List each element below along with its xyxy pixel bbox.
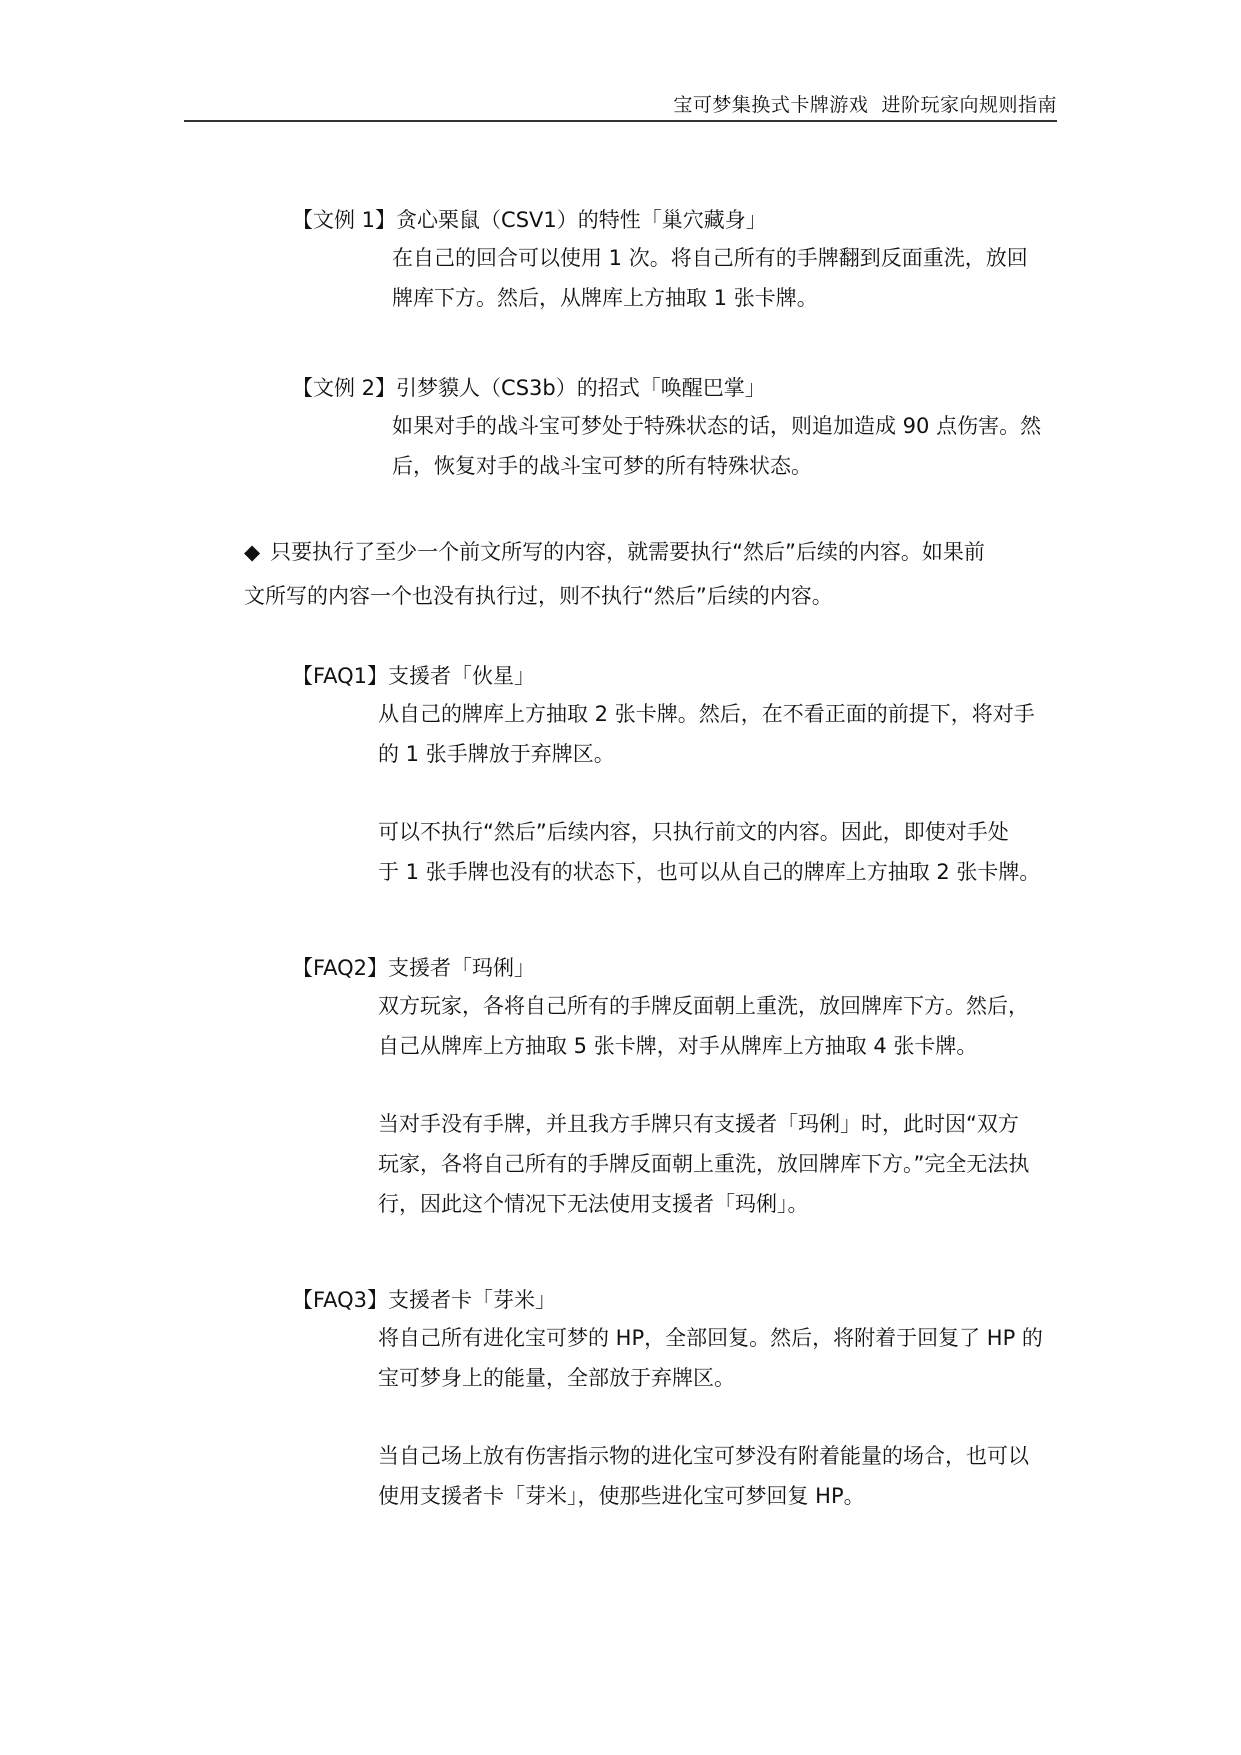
- diamond-bullet-icon: ◆: [244, 540, 260, 564]
- faq-3-card-text: 将自己所有进化宝可梦的 HP，全部回复。然后，将附着于回复了 HP 的 宝可梦身…: [378, 1318, 1043, 1398]
- text-line: 牌库下方。然后，从牌库上方抽取 1 张卡牌。: [392, 278, 1028, 318]
- text-line: 自己从牌库上方抽取 5 张卡牌，对手从牌库上方抽取 4 张卡牌。: [378, 1026, 1029, 1066]
- faq-label: 【FAQ2】: [292, 956, 388, 980]
- text-line: 如果对手的战斗宝可梦处于特殊状态的话，则追加造成 90 点伤害。然: [392, 406, 1041, 446]
- text-line: 当自己场上放有伤害指示物的进化宝可梦没有附着能量的场合，也可以: [378, 1436, 1029, 1476]
- faq-2-card-text: 双方玩家，各将自己所有的手牌反面朝上重洗，放回牌库下方。然后， 自己从牌库上方抽…: [378, 986, 1029, 1066]
- document-title: 宝可梦集换式卡牌游戏 进阶玩家向规则指南: [673, 90, 1057, 117]
- faq-title: 支援者「玛俐」: [388, 956, 535, 980]
- example-1-text: 在自己的回合可以使用 1 次。将自己所有的手牌翻到反面重洗，放回 牌库下方。然后…: [392, 238, 1028, 318]
- faq-3-answer: 当自己场上放有伤害指示物的进化宝可梦没有附着能量的场合，也可以 使用支援者卡「芽…: [378, 1436, 1029, 1516]
- example-label: 【文例 2】: [292, 376, 396, 400]
- faq-1-heading: 【FAQ1】支援者「伙星」: [292, 660, 535, 690]
- text-line: 后，恢复对手的战斗宝可梦的所有特殊状态。: [392, 446, 1041, 486]
- text-line: 宝可梦身上的能量，全部放于弃牌区。: [378, 1358, 1043, 1398]
- faq-3-heading: 【FAQ3】支援者卡「芽米」: [292, 1284, 556, 1314]
- text-line: 双方玩家，各将自己所有的手牌反面朝上重洗，放回牌库下方。然后，: [378, 986, 1029, 1026]
- example-1-heading: 【文例 1】贪心栗鼠（CSV1）的特性「巢穴藏身」: [292, 204, 767, 234]
- example-2-text: 如果对手的战斗宝可梦处于特殊状态的话，则追加造成 90 点伤害。然 后，恢复对手…: [392, 406, 1041, 486]
- faq-2-answer: 当对手没有手牌，并且我方手牌只有支援者「玛俐」时，此时因“双方 玩家，各将自己所…: [378, 1104, 1029, 1224]
- faq-1-card-text: 从自己的牌库上方抽取 2 张卡牌。然后，在不看正面的前提下，将对手 的 1 张手…: [378, 694, 1035, 774]
- faq-title: 支援者卡「芽米」: [388, 1288, 556, 1312]
- text-line: 文所写的内容一个也没有执行过，则不执行“然后”后续的内容。: [244, 574, 985, 618]
- text-line: 于 1 张手牌也没有的状态下，也可以从自己的牌库上方抽取 2 张卡牌。: [378, 852, 1040, 892]
- text-line: 从自己的牌库上方抽取 2 张卡牌。然后，在不看正面的前提下，将对手: [378, 694, 1035, 734]
- example-title: 贪心栗鼠（CSV1）的特性「巢穴藏身」: [396, 208, 767, 232]
- faq-title: 支援者「伙星」: [388, 664, 535, 688]
- rule-note: ◆只要执行了至少一个前文所写的内容，就需要执行“然后”后续的内容。如果前 文所写…: [244, 530, 985, 618]
- faq-2-heading: 【FAQ2】支援者「玛俐」: [292, 952, 535, 982]
- page-header: 宝可梦集换式卡牌游戏 进阶玩家向规则指南: [184, 86, 1057, 122]
- example-label: 【文例 1】: [292, 208, 396, 232]
- example-title: 引梦貘人（CS3b）的招式「唤醒巴掌」: [396, 376, 766, 400]
- faq-label: 【FAQ3】: [292, 1288, 388, 1312]
- faq-1-answer: 可以不执行“然后”后续内容，只执行前文的内容。因此，即使对手处 于 1 张手牌也…: [378, 812, 1040, 892]
- text-line: 在自己的回合可以使用 1 次。将自己所有的手牌翻到反面重洗，放回: [392, 238, 1028, 278]
- text-line: 将自己所有进化宝可梦的 HP，全部回复。然后，将附着于回复了 HP 的: [378, 1318, 1043, 1358]
- text-line: 可以不执行“然后”后续内容，只执行前文的内容。因此，即使对手处: [378, 812, 1040, 852]
- text-line: 玩家，各将自己所有的手牌反面朝上重洗，放回牌库下方。”完全无法执: [378, 1144, 1029, 1184]
- text-line: 使用支援者卡「芽米」，使那些进化宝可梦回复 HP。: [378, 1476, 1029, 1516]
- faq-label: 【FAQ1】: [292, 664, 388, 688]
- text-line: 行，因此这个情况下无法使用支援者「玛俐」。: [378, 1184, 1029, 1224]
- text-line: 的 1 张手牌放于弃牌区。: [378, 734, 1035, 774]
- example-2-heading: 【文例 2】引梦貘人（CS3b）的招式「唤醒巴掌」: [292, 372, 766, 402]
- text-line: 当对手没有手牌，并且我方手牌只有支援者「玛俐」时，此时因“双方: [378, 1104, 1029, 1144]
- text-line: ◆只要执行了至少一个前文所写的内容，就需要执行“然后”后续的内容。如果前: [244, 530, 985, 574]
